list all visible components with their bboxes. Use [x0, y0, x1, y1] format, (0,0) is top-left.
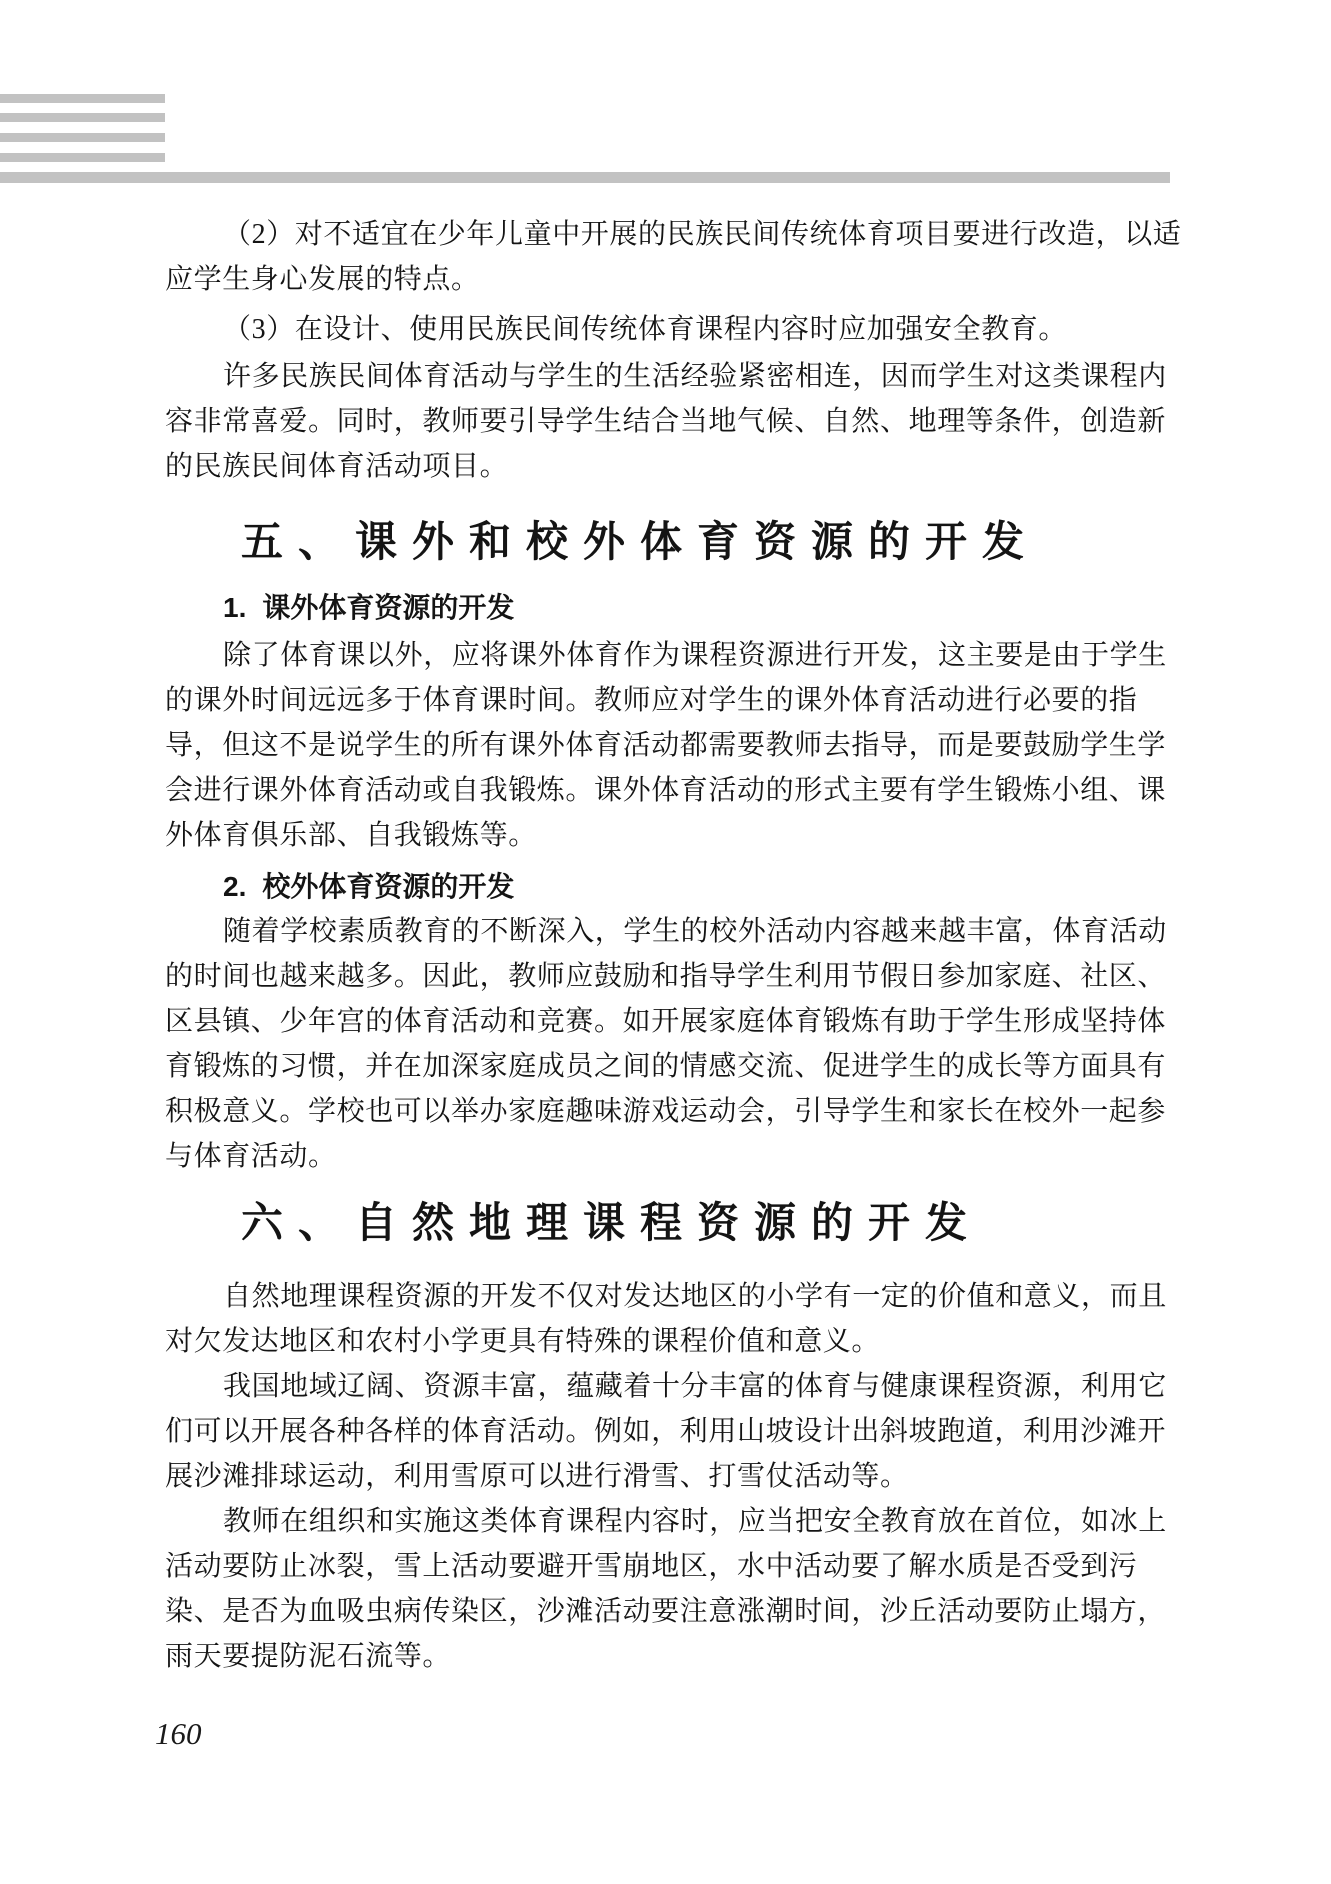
text-line: 育锻炼的习惯，并在加深家庭成员之间的情感交流、促进学生的成长等方面具有	[165, 1044, 1180, 1089]
text-line: 展沙滩排球运动，利用雪原可以进行滑雪、打雪仗活动等。	[165, 1454, 1180, 1499]
text-line: 与体育活动。	[165, 1134, 1180, 1179]
text-line: 除了体育课以外，应将课外体育作为课程资源进行开发，这主要是由于学生	[165, 633, 1180, 678]
text-line: 区县镇、少年宫的体育活动和竞赛。如开展家庭体育锻炼有助于学生形成坚持体	[165, 999, 1180, 1044]
deco-bar-3	[0, 133, 165, 142]
subsection-2-heading: 2.校外体育资源的开发	[223, 864, 1180, 909]
text-line: 许多民族民间体育活动与学生的生活经验紧密相连，因而学生对这类课程内	[165, 354, 1180, 399]
text-line: 的民族民间体育活动项目。	[165, 444, 1180, 489]
text-line: 随着学校素质教育的不断深入，学生的校外活动内容越来越丰富，体育活动	[165, 909, 1180, 954]
paragraph-resources: 我国地域辽阔、资源丰富，蕴藏着十分丰富的体育与健康课程资源，利用它 们可以开展各…	[165, 1364, 1180, 1499]
paragraph-item-3: （3）在设计、使用民族民间传统体育课程内容时应加强安全教育。	[165, 307, 1180, 352]
text-line: 积极意义。学校也可以举办家庭趣味游戏运动会，引导学生和家长在校外一起参	[165, 1089, 1180, 1134]
text-line: 容非常喜爱。同时，教师要引导学生结合当地气候、自然、地理等条件，创造新	[165, 399, 1180, 444]
paragraph-outside-school: 随着学校素质教育的不断深入，学生的校外活动内容越来越丰富，体育活动 的时间也越来…	[165, 909, 1180, 1179]
subsection-1-number: 1.	[223, 592, 246, 623]
text-line: 活动要防止冰裂，雪上活动要避开雪崩地区，水中活动要了解水质是否受到污	[165, 1544, 1180, 1589]
text-line: 染、是否为血吸虫病传染区，沙滩活动要注意涨潮时间，沙丘活动要防止塌方，	[165, 1589, 1180, 1634]
deco-bar-1	[0, 94, 165, 103]
text-line: 雨天要提防泥石流等。	[165, 1634, 1180, 1679]
text-line: （3）在设计、使用民族民间传统体育课程内容时应加强安全教育。	[165, 307, 1180, 352]
text-line: （2）对不适宜在少年儿童中开展的民族民间传统体育项目要进行改造，以适	[165, 212, 1180, 257]
text-line: 我国地域辽阔、资源丰富，蕴藏着十分丰富的体育与健康课程资源，利用它	[165, 1364, 1180, 1409]
subsection-2-title: 校外体育资源的开发	[262, 871, 514, 902]
text-line: 会进行课外体育活动或自我锻炼。课外体育活动的形式主要有学生锻炼小组、课	[165, 768, 1180, 813]
body-text: （2）对不适宜在少年儿童中开展的民族民间传统体育项目要进行改造，以适 应学生身心…	[165, 212, 1180, 1679]
textbook-page: （2）对不适宜在少年儿童中开展的民族民间传统体育项目要进行改造，以适 应学生身心…	[0, 0, 1331, 1884]
text-line: 的课外时间远远多于体育课时间。教师应对学生的课外体育活动进行必要的指	[165, 678, 1180, 723]
text-line: 们可以开展各种各样的体育活动。例如，利用山坡设计出斜坡跑道，利用沙滩开	[165, 1409, 1180, 1454]
deco-bar-wide	[0, 172, 1170, 183]
deco-bar-2	[0, 113, 165, 122]
text-line: 自然地理课程资源的开发不仅对发达地区的小学有一定的价值和意义，而且	[165, 1274, 1180, 1319]
page-number: 160	[155, 1716, 202, 1752]
deco-bar-4	[0, 153, 165, 162]
paragraph-extracurricular: 除了体育课以外，应将课外体育作为课程资源进行开发，这主要是由于学生 的课外时间远…	[165, 633, 1180, 858]
text-line: 的时间也越来越多。因此，教师应鼓励和指导学生利用节假日参加家庭、社区、	[165, 954, 1180, 999]
subsection-2-number: 2.	[223, 871, 246, 902]
paragraph-item-2: （2）对不适宜在少年儿童中开展的民族民间传统体育项目要进行改造，以适 应学生身心…	[165, 212, 1180, 302]
paragraph-folk-sports: 许多民族民间体育活动与学生的生活经验紧密相连，因而学生对这类课程内 容非常喜爱。…	[165, 354, 1180, 489]
subsection-1-heading: 1.课外体育资源的开发	[223, 585, 1180, 630]
text-line: 教师在组织和实施这类体育课程内容时，应当把安全教育放在首位，如冰上	[165, 1499, 1180, 1544]
paragraph-value: 自然地理课程资源的开发不仅对发达地区的小学有一定的价值和意义，而且 对欠发达地区…	[165, 1274, 1180, 1364]
text-line: 外体育俱乐部、自我锻炼等。	[165, 813, 1180, 858]
subsection-1-title: 课外体育资源的开发	[262, 592, 514, 623]
text-line: 应学生身心发展的特点。	[165, 257, 1180, 302]
section-six-heading: 六、自然地理课程资源的开发	[241, 1199, 1180, 1249]
text-line: 导，但这不是说学生的所有课外体育活动都需要教师去指导，而是要鼓励学生学	[165, 723, 1180, 768]
text-line: 对欠发达地区和农村小学更具有特殊的课程价值和意义。	[165, 1319, 1180, 1364]
paragraph-safety: 教师在组织和实施这类体育课程内容时，应当把安全教育放在首位，如冰上 活动要防止冰…	[165, 1499, 1180, 1679]
section-five-heading: 五、课外和校外体育资源的开发	[241, 518, 1180, 568]
